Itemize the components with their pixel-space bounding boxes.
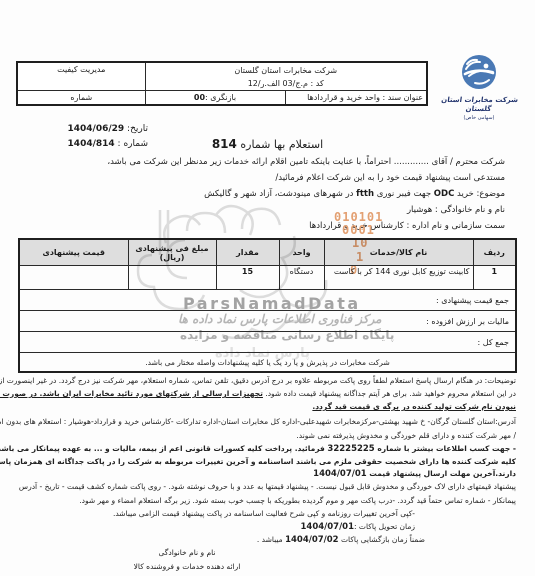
page-title-number: 814: [212, 137, 237, 151]
intro-line-1: شرکت محترم / آقای ............. احتراماً…: [107, 157, 505, 167]
contact-name-line: نام و نام خانوادگی : هوشیار: [407, 205, 505, 215]
opening-date-label: ضمناً زمان بازگشایی پاکات: [339, 535, 425, 544]
page-title-text: استعلام بها شماره: [240, 138, 323, 151]
cell-total-price: [19, 266, 128, 290]
terms-line-11: -کپی آخرین تغییرات روزنامه و کپی شرح فعا…: [113, 509, 415, 518]
watermark-digits-1: 010101: [334, 210, 383, 224]
revision-label: بازنگری :: [205, 93, 236, 102]
opening-date-value: 1404/07/02: [285, 535, 339, 545]
cell-index: 1: [473, 266, 516, 290]
items-table: ردیف نام کالا/خدمات واحد مقدار مبلغ فی پ…: [18, 238, 517, 373]
terms-line-2: در این استعلام محروم خواهید شد. برای هر …: [0, 389, 516, 398]
page-title: استعلام بها شماره 814: [0, 137, 535, 151]
logo-title: شرکت مخابرات استان گلستان: [435, 96, 524, 114]
cell-unit-price: [128, 266, 216, 290]
header-company-cell: شرکت مخابرات استان گلستان کد : م.ج/03 ال…: [145, 62, 427, 91]
terms-line-5: / مهر شرکت کننده و دارای قلم خوردگی و مخ…: [296, 431, 516, 440]
terms-phone-line: - جهت کسب اطلاعات بیشتر با شماره 3222522…: [0, 444, 516, 454]
vat-row: مالیات بر ارزش افزوده :: [19, 311, 516, 332]
table-row: 1 کابینت توزیع کابل نوری 144 کر با کاست …: [19, 266, 516, 290]
signature-block: نام و نام خانوادگی ارائه دهنده خدمات و ف…: [128, 548, 246, 571]
col-header-price: قیمت پیشنهادی: [19, 239, 128, 266]
cell-qty: 15: [216, 266, 279, 290]
watermark-digits-2: 0001: [342, 223, 375, 237]
subject-prefix: موضوع: خرید: [454, 189, 505, 199]
col-header-item: نام کالا/خدمات: [324, 239, 473, 266]
doc-date: تاریخ: 1404/06/29: [26, 124, 148, 134]
quality-management-cell: مدیریت کیفیت: [17, 62, 145, 91]
phone-line-prefix: - جهت کسب اطلاعات بیشتر با شماره: [375, 444, 516, 453]
company-logo: شرکت مخابرات استان گلستان (سهامی خاص): [436, 54, 522, 121]
table-note: شرکت مخابرات در پذیرش و یا رد یک یا کلیه…: [19, 353, 516, 373]
col-header-unit: واحد: [279, 239, 324, 266]
cell-unit: دستگاه: [279, 266, 324, 290]
intro-line-2: مستدعی است پیشنهاد قیمت خود را به این شر…: [275, 173, 505, 183]
delivery-date-label: زمان تحویل پاکات :: [354, 522, 415, 531]
terms-deadline-line: دارند.آخرین مهلت ارسال پیشنهاد قیمت 1404…: [313, 469, 516, 479]
phone-line-suffix: فرمائید. پرداخت کلیه کسورات قانونی اعم ا…: [0, 444, 327, 453]
header-table: شرکت مخابرات استان گلستان کد : م.ج/03 ال…: [16, 61, 428, 106]
cell-item: کابینت توزیع کابل نوری 144 کر با کاست: [324, 266, 473, 290]
signature-role-label: ارائه دهنده خدمات و فروشنده کالا: [128, 562, 246, 571]
total-label: جمع کل :: [19, 332, 516, 353]
revision-value: 00: [194, 93, 205, 102]
delivery-date-line: زمان تحویل پاکات :1404/07/01: [300, 522, 415, 532]
sum-label: جمع قیمت پیشنهادی :: [19, 290, 516, 311]
subject-odc: ODC: [434, 189, 455, 199]
scanned-inquiry-document: { "doc_header": { "company": "شرکت مخابر…: [0, 0, 535, 576]
opening-date-line: ضمناً زمان بازگشایی پاکات 1404/07/02 میب…: [257, 535, 425, 545]
subject-mid: جهت فیبر نوری: [374, 189, 434, 199]
deadline-date: 1404/07/01: [313, 469, 367, 479]
revision-cell: بازنگری :00: [145, 91, 285, 106]
date-label: تاریخ:: [127, 124, 148, 134]
vat-label: مالیات بر ارزش افزوده :: [19, 311, 516, 332]
signature-name-label: نام و نام خانوادگی: [128, 548, 246, 557]
terms-line-2-bold: تجهیزات ارسالی از شرکتهای مورد تائید مخا…: [0, 389, 263, 398]
number-label-cell: شماره: [17, 91, 145, 106]
doc-code: کد : م.ج/03 الف.ر/12: [149, 79, 424, 88]
terms-line-9: پیشنهاد قیمتهای دارای لاک خوردگی و مخدوش…: [19, 482, 516, 491]
opening-date-suffix: میباشد .: [257, 535, 285, 544]
delivery-date-value: 1404/07/01: [300, 522, 354, 532]
table-note-row: شرکت مخابرات در پذیرش و یا رد یک یا کلیه…: [19, 353, 516, 373]
doc-title-cell: عنوان سند : واحد خرید و قراردادها: [285, 91, 427, 106]
phone-number: 32225225: [327, 444, 374, 454]
terms-line-2-plain: در این استعلام محروم خواهید شد. برای هر …: [263, 389, 516, 398]
col-header-unit-price: مبلغ فی پیشنهادی (ریال): [128, 239, 216, 266]
company-name: شرکت مخابرات استان گلستان: [149, 66, 424, 75]
terms-line-10: پیمانکار - شماره تماس حتماً قید گردد. -د…: [79, 496, 516, 505]
col-header-index: ردیف: [473, 239, 516, 266]
terms-line-3: نبودن نام شرکت تولید کننده در برگه ی قیم…: [312, 402, 516, 411]
terms-line-7: کلیه شرکت کننده ها دارای شخصیت حقوقی ملز…: [0, 457, 516, 466]
items-header-row: ردیف نام کالا/خدمات واحد مقدار مبلغ فی پ…: [19, 239, 516, 266]
total-row: جمع کل :: [19, 332, 516, 353]
terms-line-1: توضیحات: در هنگام ارسال پاسخ استعلام لطف…: [0, 376, 516, 385]
col-header-qty: مقدار: [216, 239, 279, 266]
deadline-label: دارند.آخرین مهلت ارسال پیشنهاد قیمت: [367, 469, 516, 478]
date-value: 1404/06/29: [68, 124, 125, 134]
logo-subtitle: (سهامی خاص): [436, 115, 522, 121]
tci-globe-icon: [461, 54, 497, 90]
terms-address-line: آدرس:استان گلستان گرگان- خ شهید بهشتی-مر…: [0, 417, 516, 426]
sum-row: جمع قیمت پیشنهادی :: [19, 290, 516, 311]
